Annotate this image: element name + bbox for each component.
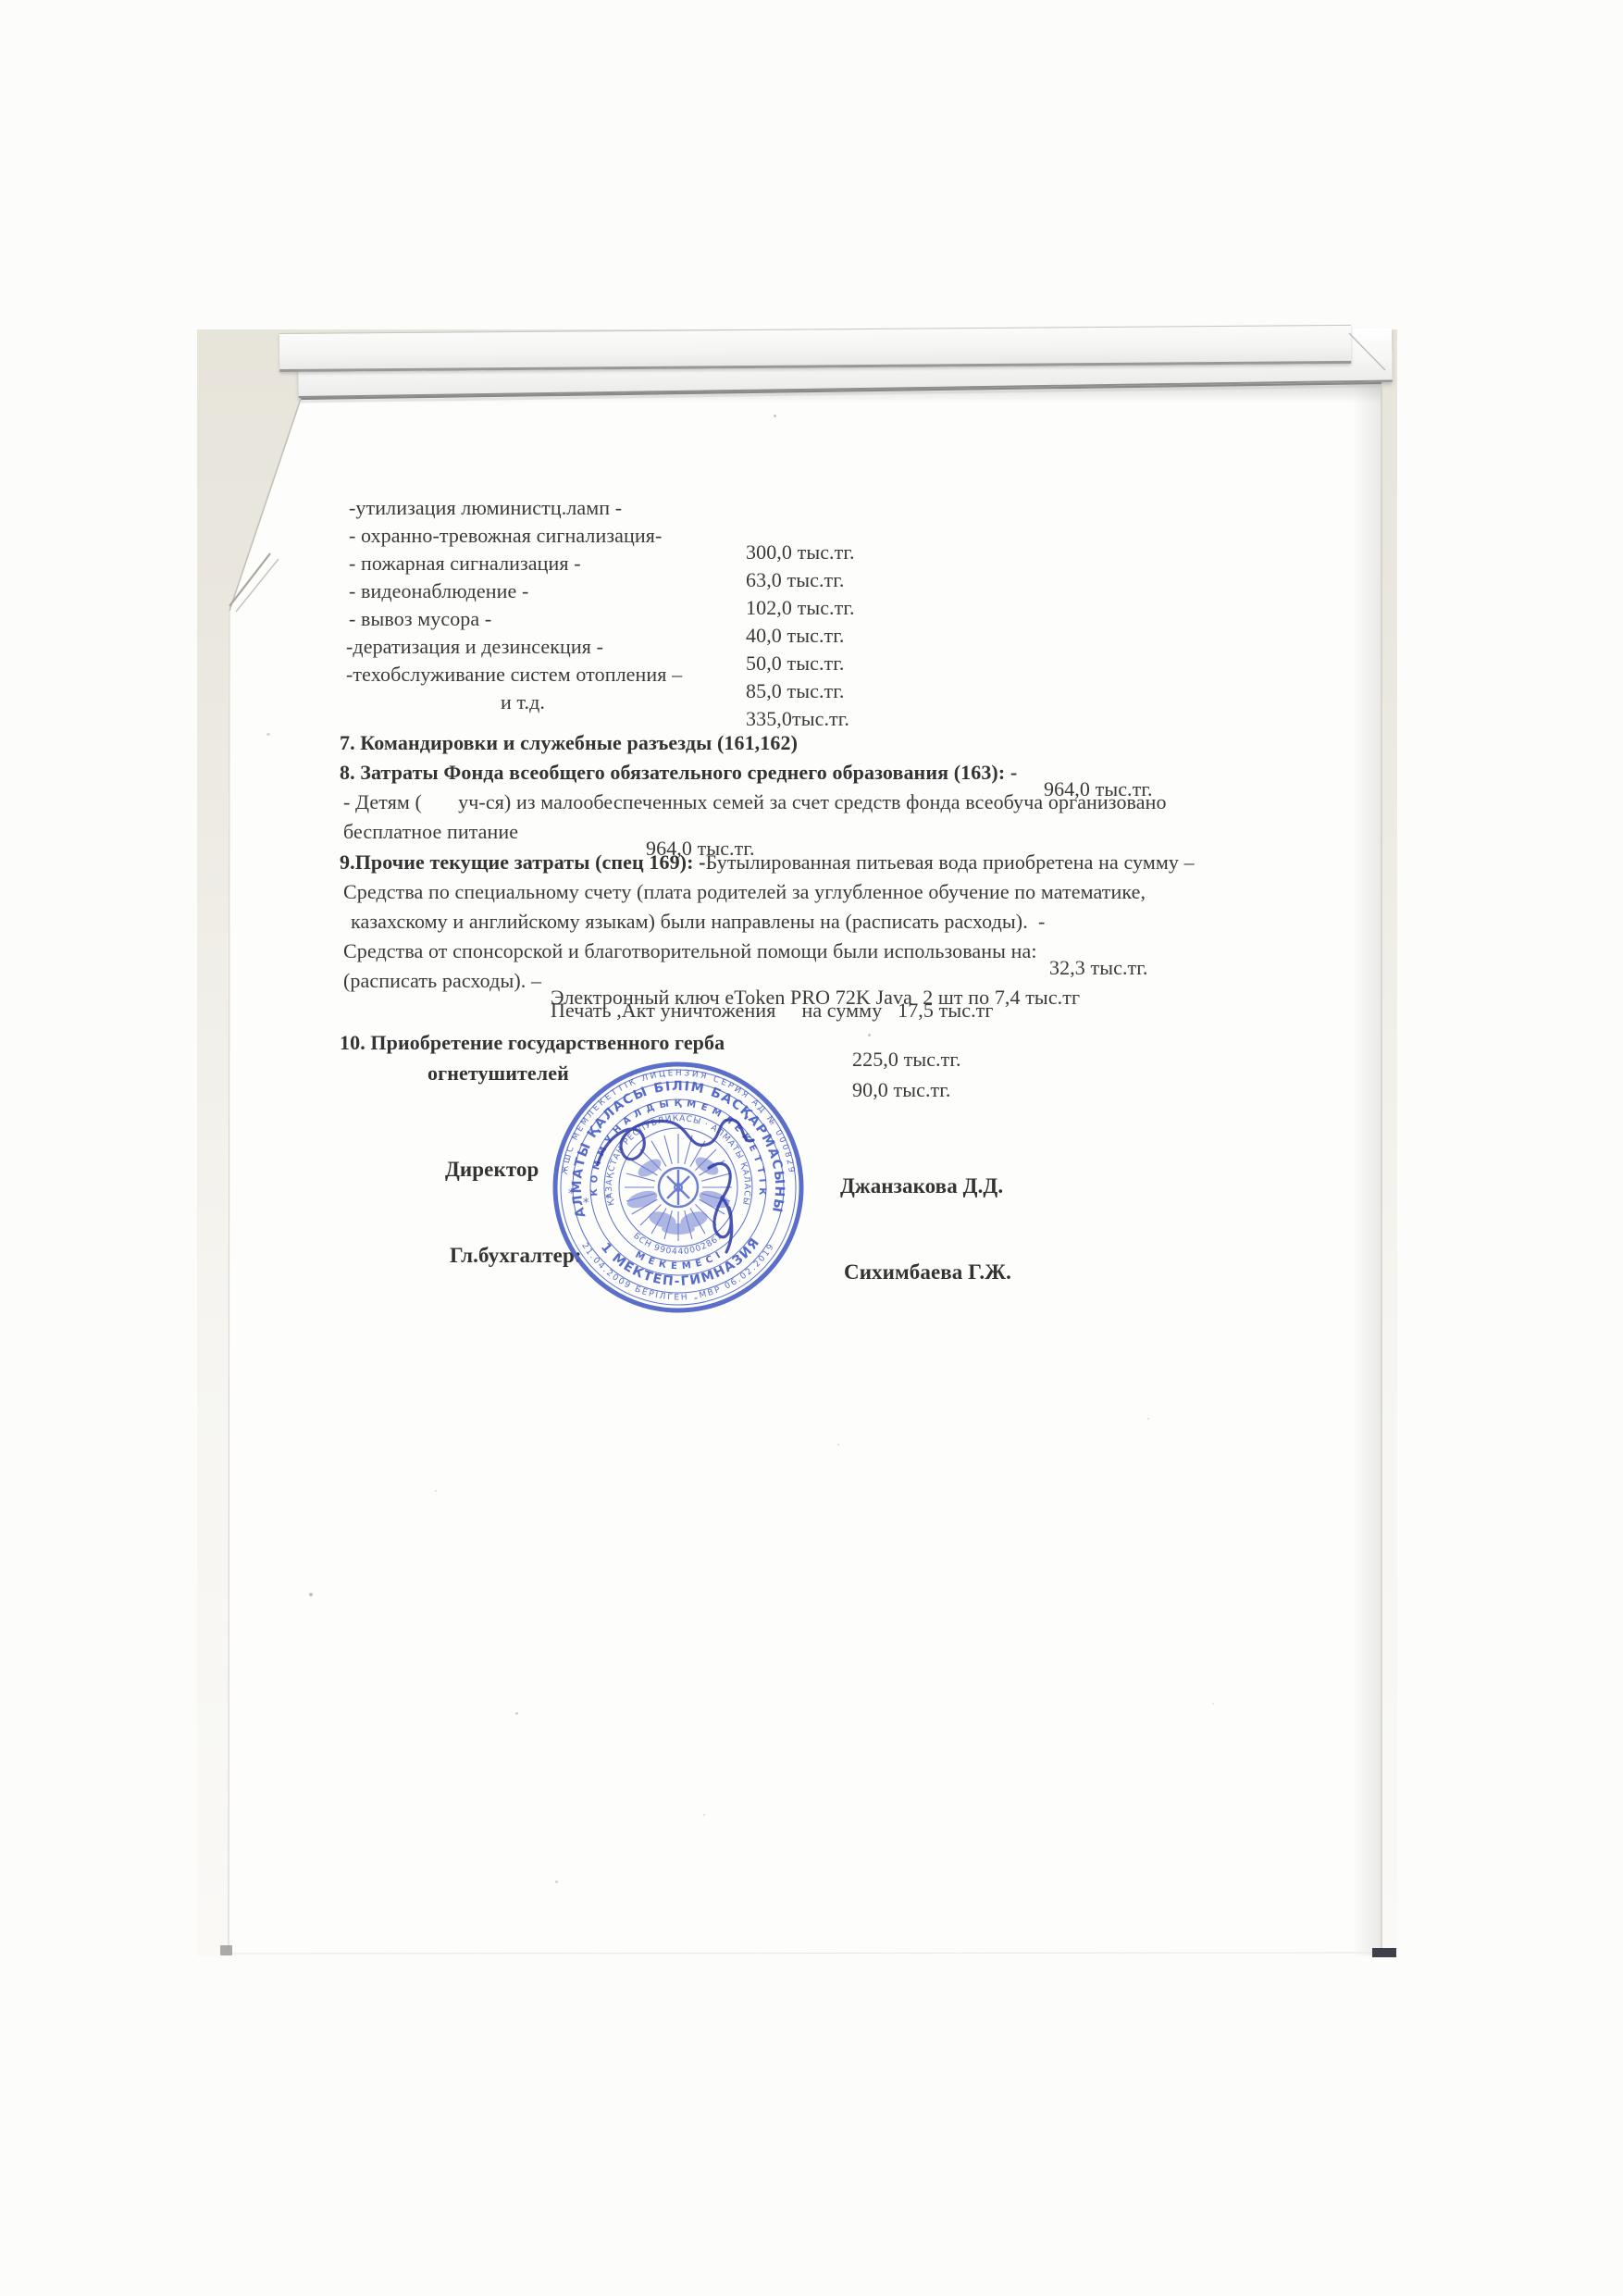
expense-line: - вывоз мусора - 40,0 тыс.тг. xyxy=(0,590,1623,618)
section-10-line-value: 90,0 тыс.тг. xyxy=(852,1078,951,1102)
scan-speckle xyxy=(266,733,270,736)
scanned-document: -утилизация люминистц.ламп - - охранно-т… xyxy=(0,0,1623,2296)
expense-line: и т.д. 335,0тыс.тг. xyxy=(0,674,1623,701)
scan-speckle xyxy=(309,1593,313,1596)
director-label: Директор xyxy=(445,1158,539,1182)
section-10: 10. Приобретение государственного герба … xyxy=(0,1014,1623,1042)
expense-line: -техобслуживание систем отопления – 85,0… xyxy=(0,646,1623,674)
section-8: 8. Затраты Фонда всеобщего обязательного… xyxy=(0,744,1623,772)
scan-speckle xyxy=(1212,1703,1214,1705)
section-10-line: огнетушителей 90,0 тыс.тг. xyxy=(0,1045,1623,1073)
scan-speckle xyxy=(515,1712,518,1715)
signature-row-accountant: Гл.бухгалтер: Сихимбаева Г.Ж. xyxy=(0,1227,1623,1255)
expense-line: -дератизация и дезинсекция - 50,0 тыс.тг… xyxy=(0,618,1623,646)
section-8-detail: бесплатное питание 964,0 тыс.тг. xyxy=(0,803,1623,831)
expense-label: и т.д. xyxy=(501,690,545,714)
accountant-name: Сихимбаева Г.Ж. xyxy=(844,1260,1011,1285)
section-9-line: Печать ,Акт уничтожения на сумму 17,5 ты… xyxy=(0,982,1623,1010)
section-9: 9.Прочие текущие затраты (спец 169): -Бу… xyxy=(0,834,1623,862)
scan-speckle xyxy=(703,1814,705,1816)
signature-row-director: Директор Джанзакова Д.Д. xyxy=(0,1141,1623,1169)
scan-speckle xyxy=(1147,1418,1149,1420)
section-8-detail: - Детям ( уч-ся) из малообеспеченных сем… xyxy=(0,774,1623,801)
section-9-line: (расписать расходы). – Электронный ключ … xyxy=(0,952,1623,980)
scan-speckle xyxy=(837,1444,839,1446)
section-10-label: огнетушителей xyxy=(427,1061,569,1086)
scan-speckle xyxy=(435,1490,437,1492)
section-9-line: Средства от спонсорской и благотворитель… xyxy=(0,923,1623,950)
accountant-label: Гл.бухгалтер: xyxy=(450,1244,582,1268)
scan-speckle xyxy=(555,1880,558,1883)
scan-speckle xyxy=(774,415,776,417)
director-name: Джанзакова Д.Д. xyxy=(840,1174,1003,1198)
section-9-line: казахскому и английскому языкам) были на… xyxy=(0,893,1623,921)
section-7: 7. Командировки и служебные разъезды (16… xyxy=(0,714,1623,742)
section-9-line: Средства по специальному счету (плата ро… xyxy=(0,863,1623,891)
scan-speckle xyxy=(868,1034,871,1036)
